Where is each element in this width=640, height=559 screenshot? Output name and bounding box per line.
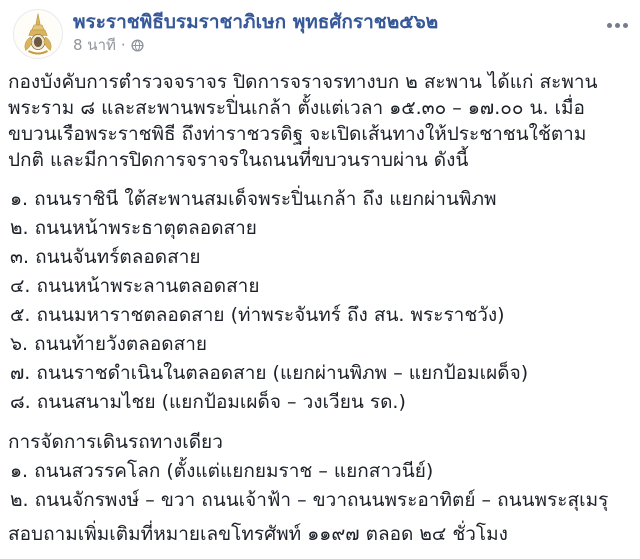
post-intro-text: กองบังคับการตำรวจจราจร ปิดการจราจรทางบก … xyxy=(8,69,620,173)
globe-icon xyxy=(131,39,144,52)
list-item: ๘. ถนนสนามไชย (แยกป้อมเผด็จ – วงเวียน รด… xyxy=(10,388,622,417)
list-item: ๕. ถนนมหาราชตลอดสาย (ท่าพระจันทร์ ถึง สน… xyxy=(10,301,622,330)
facebook-post: พระราชพิธีบรมราชาภิเษก พุทธศักราช๒๕๖๒ 8 … xyxy=(0,0,640,559)
ellipsis-icon xyxy=(623,23,628,28)
more-options-button[interactable] xyxy=(603,19,632,32)
list-item: ๓. ถนนจันทร์ตลอดสาย xyxy=(10,243,622,272)
list-item: ๒. ถนนจักรพงษ์ – ขวา ถนนเจ้าฟ้า – ขวาถนน… xyxy=(10,486,622,515)
list-item: ๖. ถนนท้ายวังตลอดสาย xyxy=(10,330,622,359)
list-item: ๗. ถนนราชดำเนินในตลอดสาย (แยกผ่านพิภพ – … xyxy=(10,359,622,388)
page-avatar[interactable] xyxy=(13,9,63,59)
contact-info-line: สอบถามเพิ่มเติมที่หมายเลขโทรศัพท์ ๑๑๙๗ ต… xyxy=(8,520,622,549)
list-item: ๑. ถนนสวรรคโลก (ตั้งแต่แยกยมราช – แยกสาว… xyxy=(10,457,622,486)
list-item: ๔. ถนนหน้าพระลานตลอดสาย xyxy=(10,272,622,301)
ellipsis-icon xyxy=(607,23,612,28)
page-name-link[interactable]: พระราชพิธีบรมราชาภิเษก พุทธศักราช๒๕๖๒ xyxy=(73,10,438,34)
royal-coronation-emblem-icon xyxy=(14,43,62,59)
ellipsis-icon xyxy=(615,23,620,28)
post-body: กองบังคับการตำรวจจราจร ปิดการจราจรทางบก … xyxy=(0,63,640,549)
timestamp[interactable]: 8 นาที xyxy=(73,36,116,54)
one-way-list: ๑. ถนนสวรรคโลก (ตั้งแต่แยกยมราช – แยกสาว… xyxy=(8,457,622,515)
meta-separator: · xyxy=(121,36,126,54)
list-item: ๒. ถนนหน้าพระธาตุตลอดสาย xyxy=(10,214,622,243)
one-way-section-heading: การจัดการเดินรถทางเดียว xyxy=(8,428,622,457)
header-text: พระราชพิธีบรมราชาภิเษก พุทธศักราช๒๕๖๒ 8 … xyxy=(73,9,438,54)
closed-roads-list: ๑. ถนนราชินี ใต้สะพานสมเด็จพระปิ่นเกล้า … xyxy=(8,185,622,417)
list-item: ๑. ถนนราชินี ใต้สะพานสมเด็จพระปิ่นเกล้า … xyxy=(10,185,622,214)
post-meta: 8 นาที · xyxy=(73,36,438,54)
post-header: พระราชพิธีบรมราชาภิเษก พุทธศักราช๒๕๖๒ 8 … xyxy=(0,0,640,63)
